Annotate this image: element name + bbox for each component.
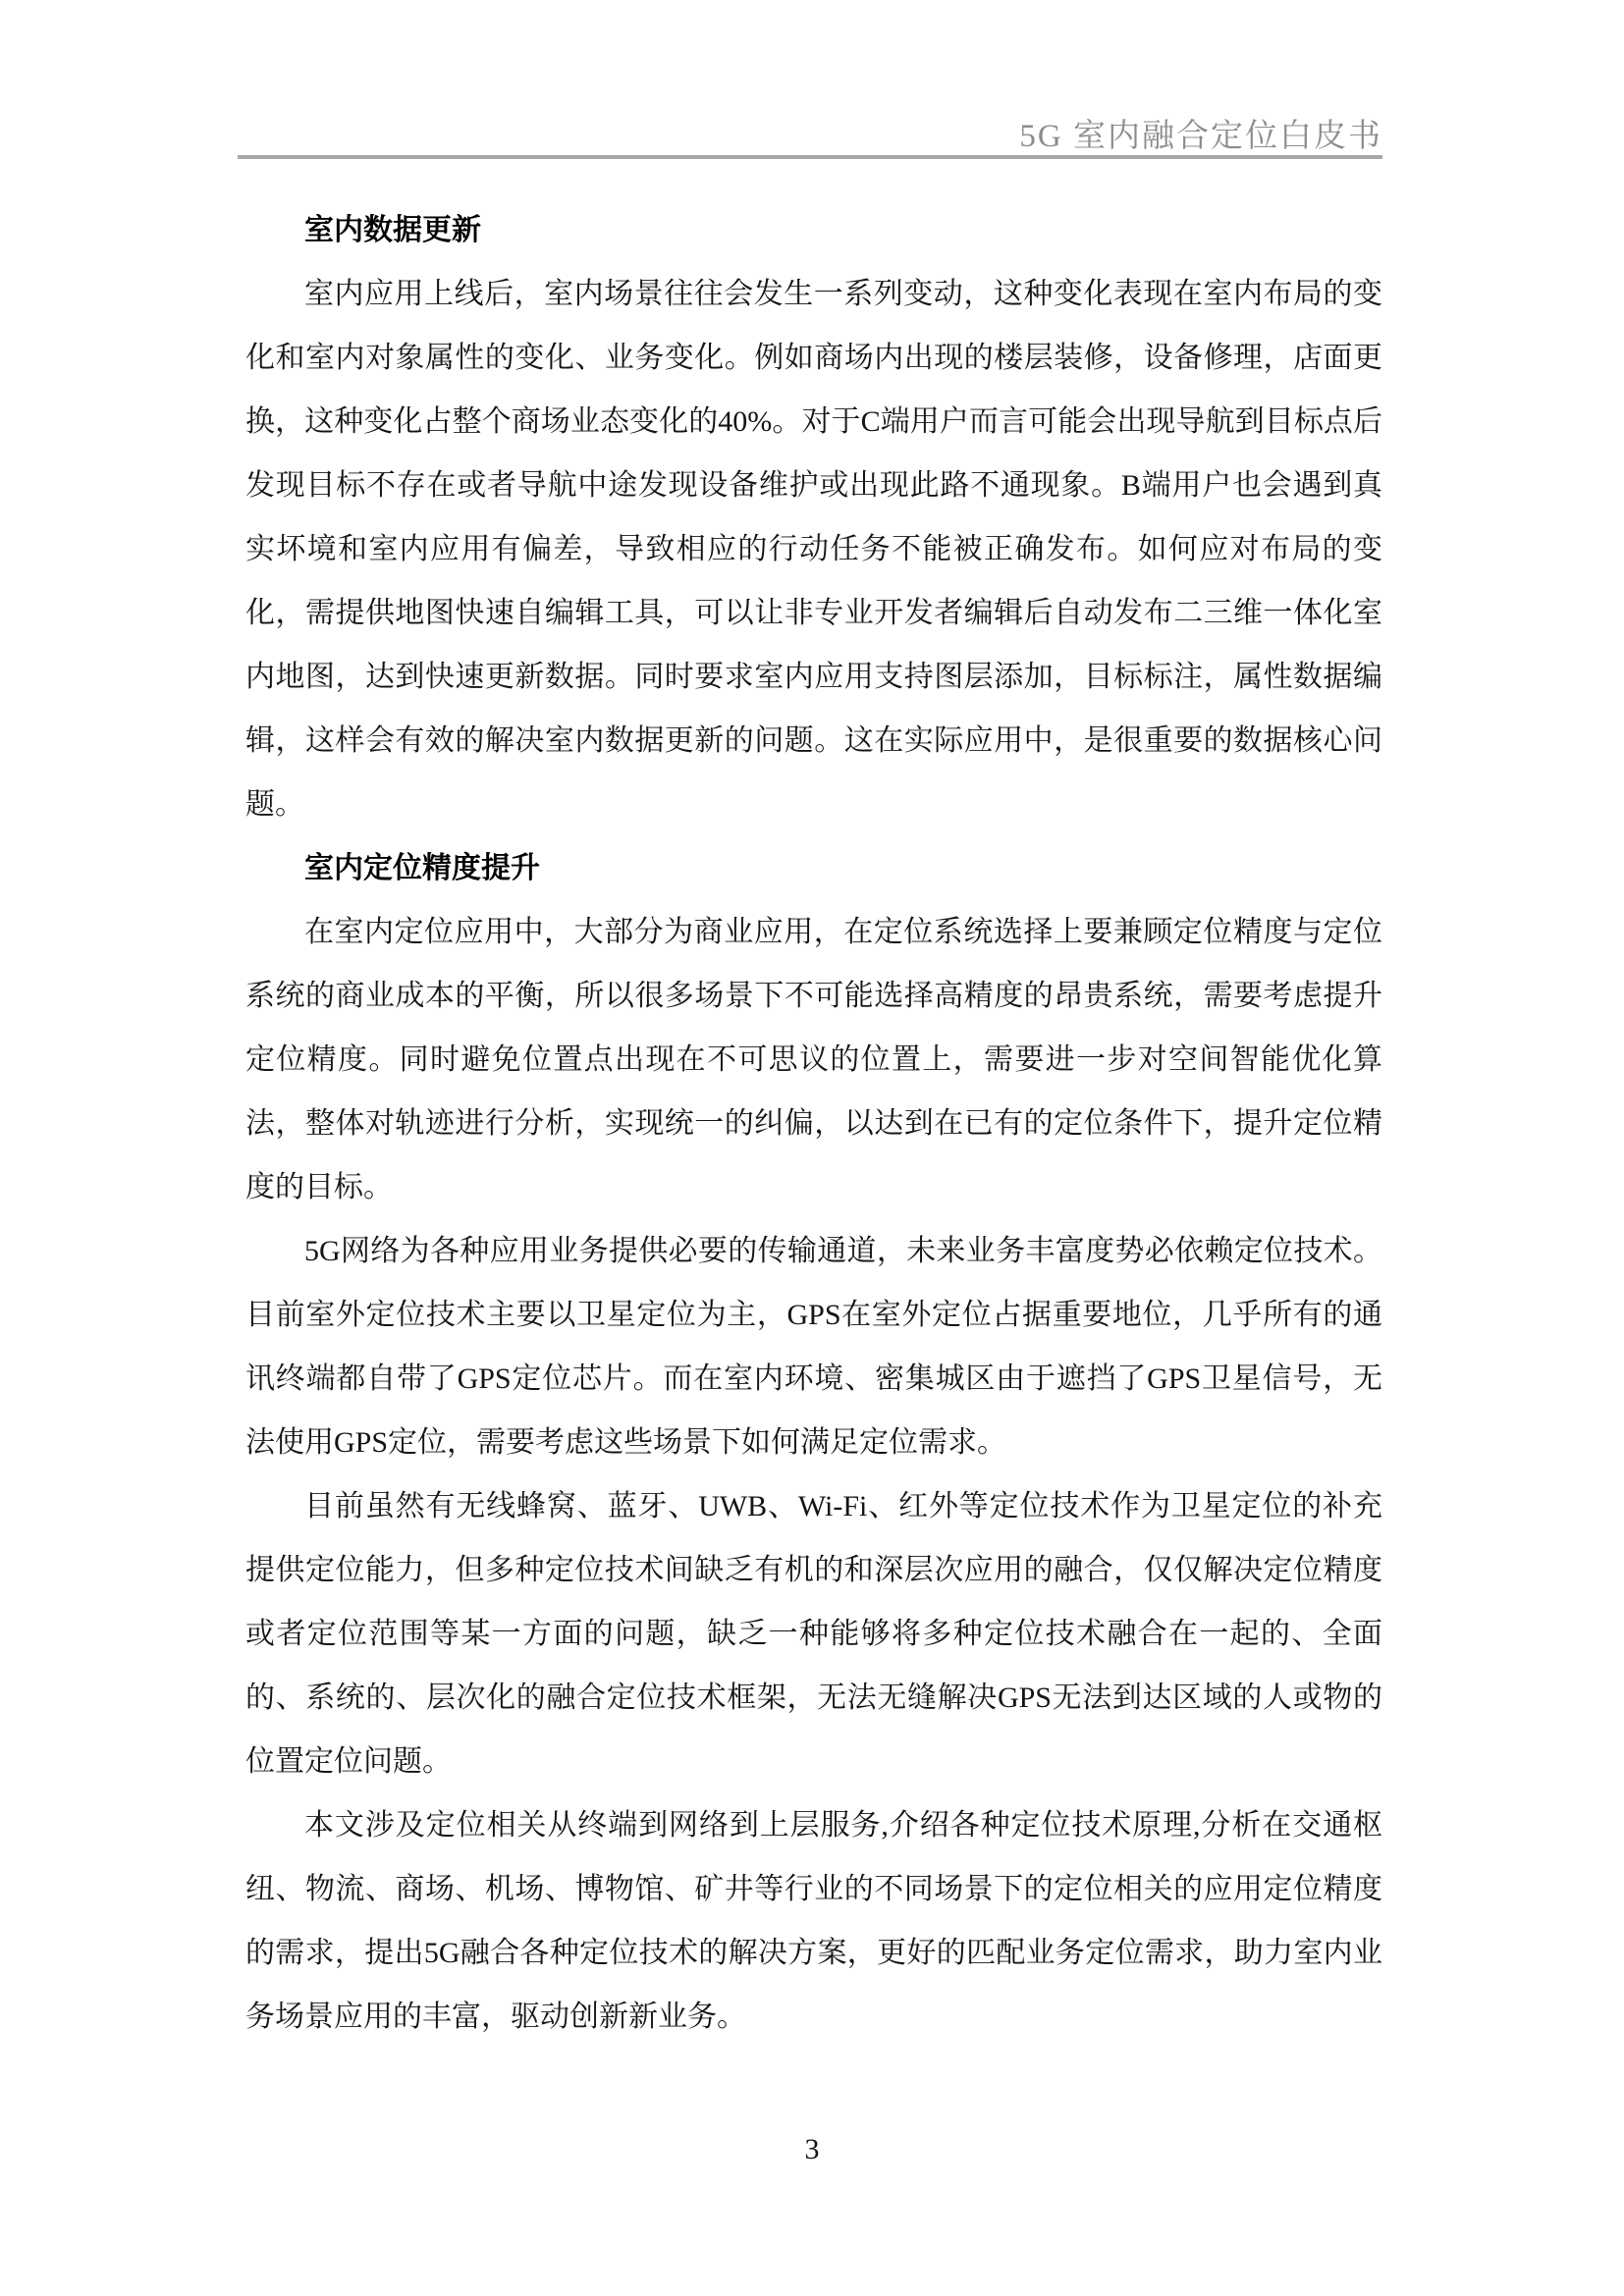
header-title: 5G 室内融合定位白皮书: [1019, 119, 1382, 154]
document-page: 5G 室内融合定位白皮书 室内数据更新 室内应用上线后，室内场景往往会发生一系列…: [0, 0, 1624, 2296]
document-body: 室内数据更新 室内应用上线后，室内场景往往会发生一系列变动，这种变化表现在室内布…: [245, 198, 1382, 2049]
paragraph-5g-network-gps: 5G网络为各种应用业务提供必要的传输通道，未来业务丰富度势必依赖定位技术。目前室…: [245, 1219, 1382, 1474]
paragraph-fusion-positioning-gap: 目前虽然有无线蜂窝、蓝牙、UWB、Wi-Fi、红外等定位技术作为卫星定位的补充提…: [245, 1474, 1382, 1793]
section-heading-indoor-data-update: 室内数据更新: [245, 198, 1382, 262]
paragraph-whitepaper-scope: 本文涉及定位相关从终端到网络到上层服务,介绍各种定位技术原理,分析在交通枢纽、物…: [245, 1793, 1382, 2049]
page-header: 5G 室内融合定位白皮书: [245, 110, 1382, 156]
paragraph-accuracy-improvement: 在室内定位应用中，大部分为商业应用，在定位系统选择上要兼顾定位精度与定位系统的商…: [245, 900, 1382, 1219]
section-heading-positioning-accuracy: 室内定位精度提升: [245, 836, 1382, 900]
paragraph-indoor-data-update: 室内应用上线后，室内场景往往会发生一系列变动，这种变化表现在室内布局的变化和室内…: [245, 262, 1382, 836]
page-footer: 3: [0, 2130, 1624, 2169]
page-number: 3: [805, 2133, 820, 2165]
header-rule: [238, 155, 1382, 159]
